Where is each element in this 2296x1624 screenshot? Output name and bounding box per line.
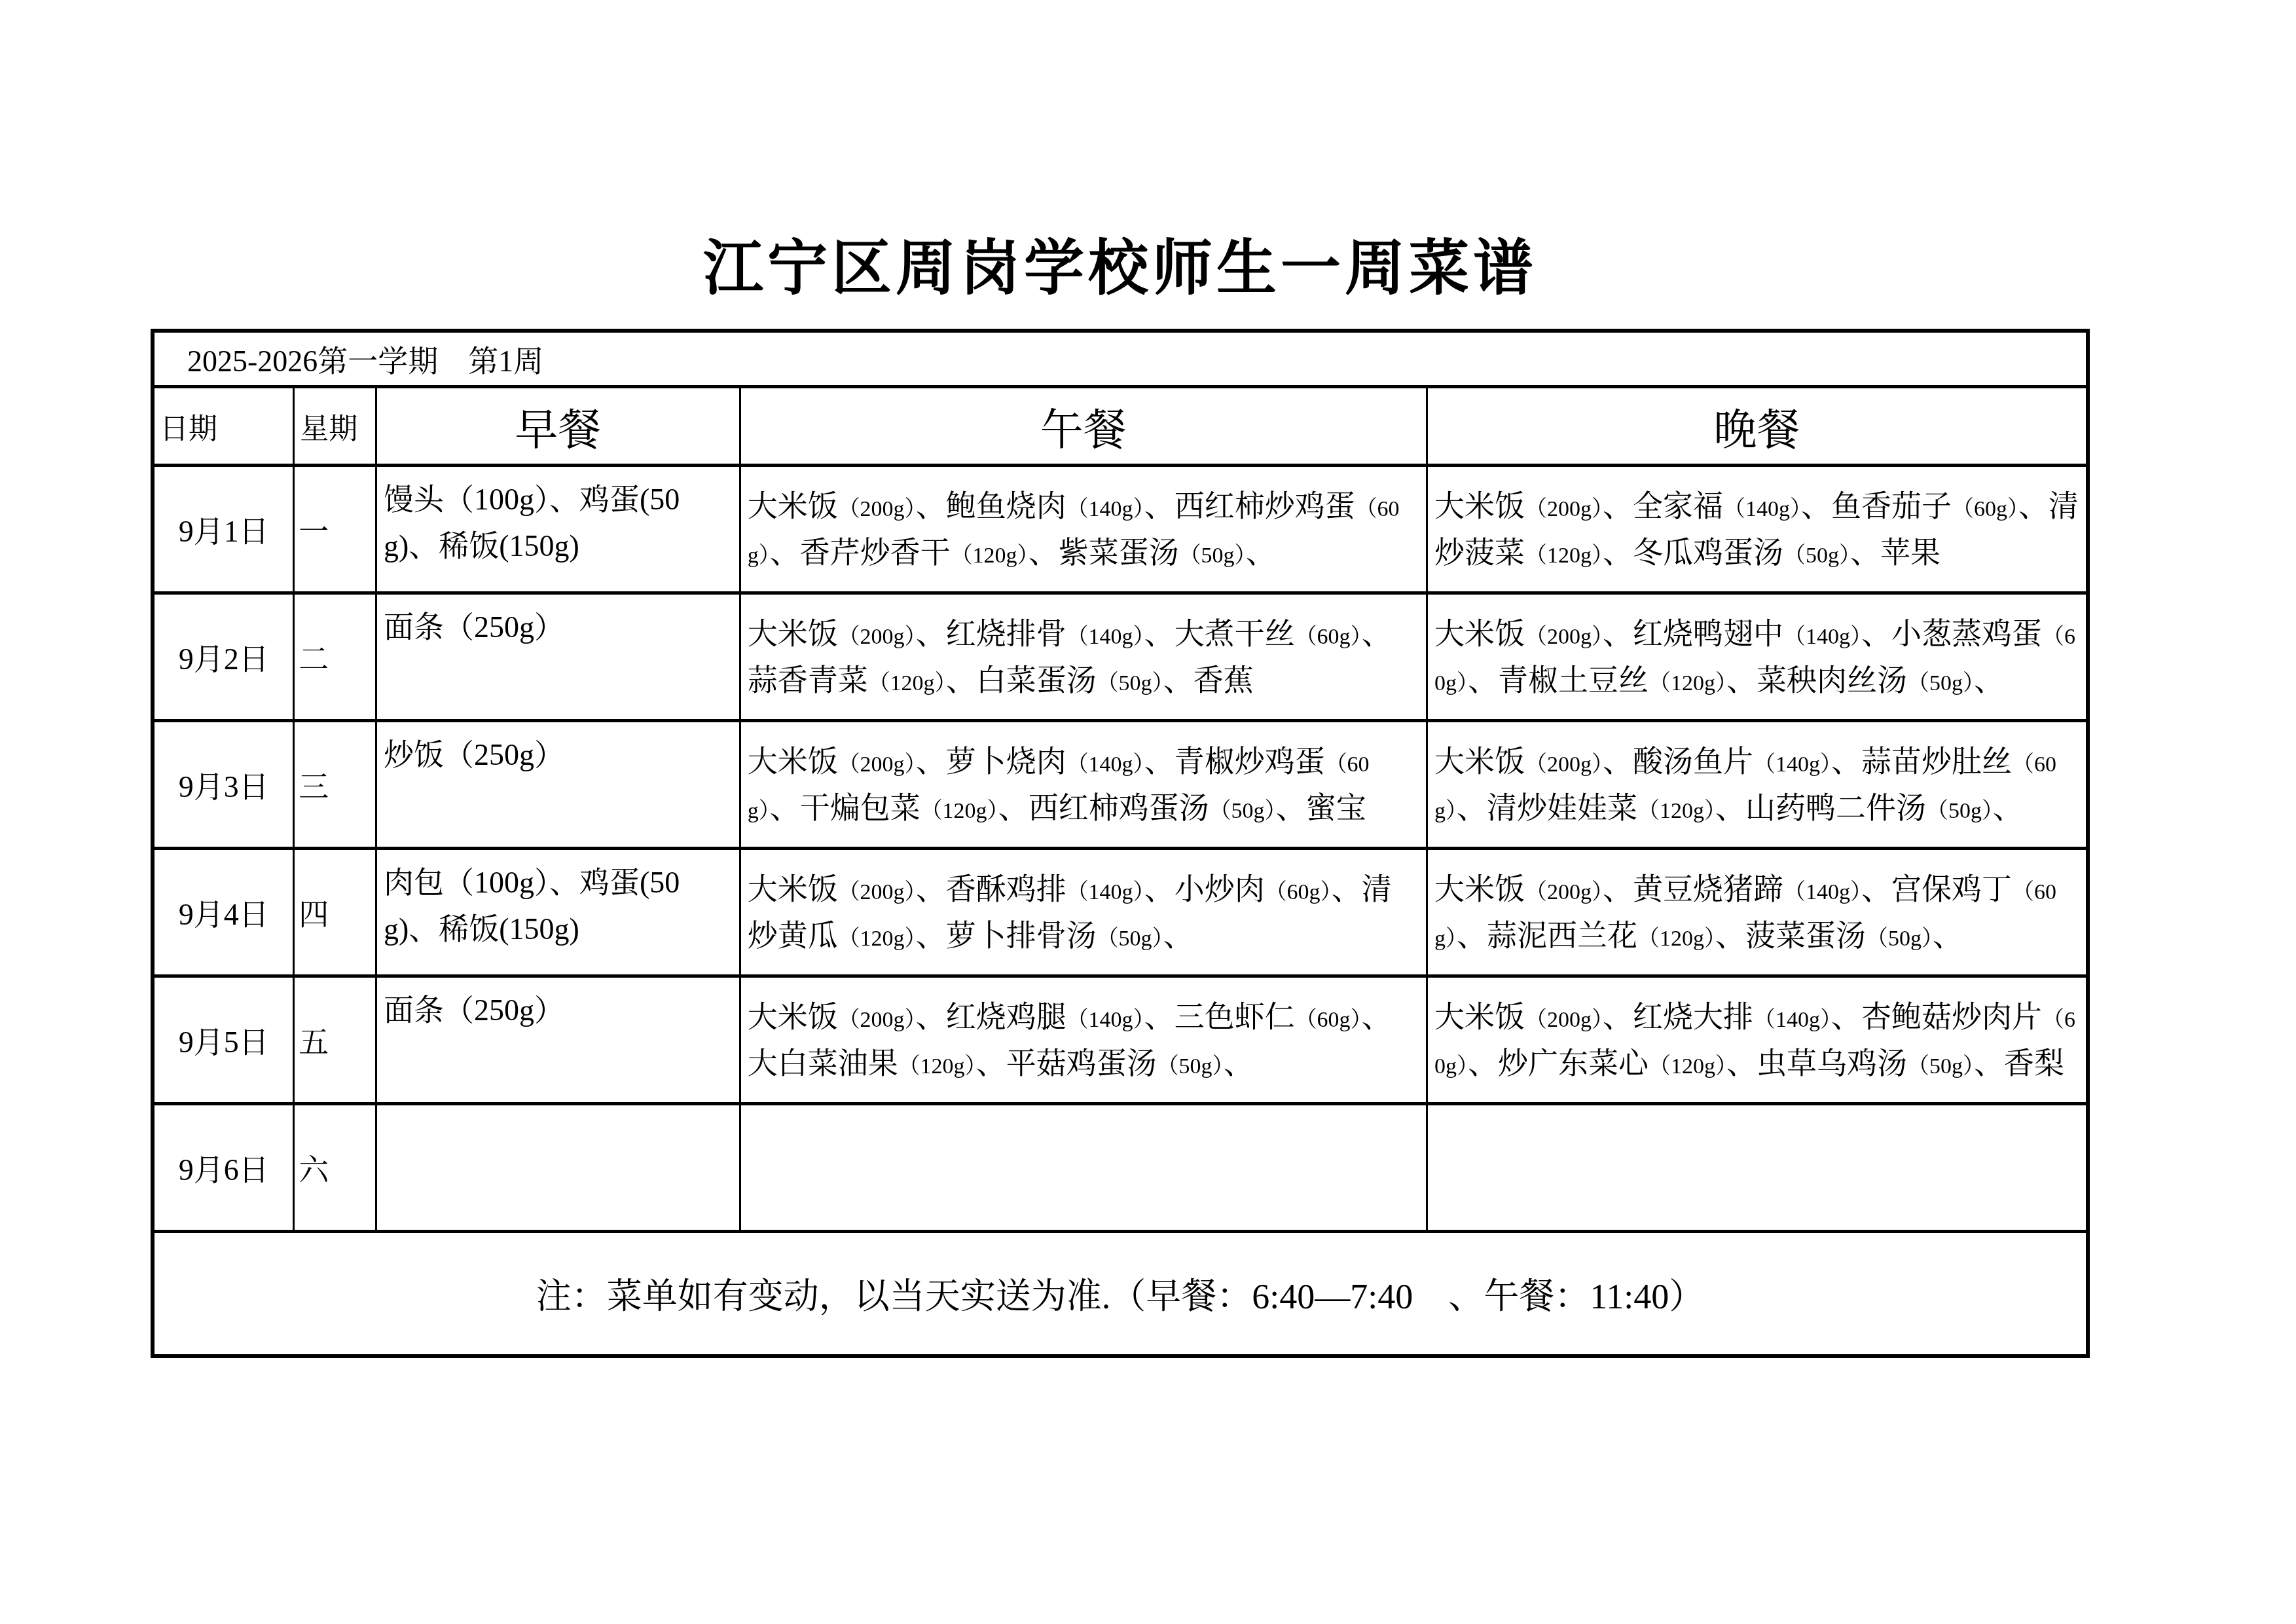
menu-row: 9月4日四肉包（100g）、鸡蛋(50g)、稀饭(150g)大米饭（200g）、… xyxy=(153,849,2088,976)
semester-row: 2025-2026第一学期 第1周 xyxy=(153,331,2088,387)
date-cell: 9月4日 xyxy=(153,849,294,976)
lunch-cell: 大米饭（200g）、萝卜烧肉（140g）、青椒炒鸡蛋（60g）、干煸包菜（120… xyxy=(740,721,1427,849)
lunch-cell: 大米饭（200g）、红烧排骨（140g）、大煮干丝（60g）、蒜香青菜（120g… xyxy=(740,593,1427,721)
dinner-cell: 大米饭（200g）、红烧大排（140g）、杏鲍菇炒肉片（60g）、炒广东菜心（1… xyxy=(1427,976,2088,1104)
col-header-weekday: 星期 xyxy=(294,387,376,466)
menu-table: 2025-2026第一学期 第1周 日期 星期 早餐 午餐 晚餐 9月1日一馒头… xyxy=(151,329,2090,1358)
dinner-cell: 大米饭（200g）、红烧鸭翅中（140g）、小葱蒸鸡蛋（60g）、青椒土豆丝（1… xyxy=(1427,593,2088,721)
col-header-lunch: 午餐 xyxy=(740,387,1427,466)
dinner-cell: 大米饭（200g）、黄豆烧猪蹄（140g）、宫保鸡丁（60g）、蒜泥西兰花（12… xyxy=(1427,849,2088,976)
weekday-cell: 五 xyxy=(294,976,376,1104)
col-header-date: 日期 xyxy=(153,387,294,466)
breakfast-cell xyxy=(376,1104,740,1232)
date-cell: 9月1日 xyxy=(153,466,294,593)
date-cell: 9月3日 xyxy=(153,721,294,849)
column-header-row: 日期 星期 早餐 午餐 晚餐 xyxy=(153,387,2088,466)
lunch-cell: 大米饭（200g）、香酥鸡排（140g）、小炒肉（60g）、清炒黄瓜（120g）… xyxy=(740,849,1427,976)
note-text: 注：菜单如有变动，以当天实送为准.（早餐：6:40—7:40 、午餐：11:40… xyxy=(153,1232,2088,1357)
page-title: 江宁区周岗学校师生一周菜谱 xyxy=(151,220,2090,306)
breakfast-cell: 馒头（100g）、鸡蛋(50g)、稀饭(150g) xyxy=(376,466,740,593)
lunch-cell xyxy=(740,1104,1427,1232)
semester-label: 2025-2026第一学期 第1周 xyxy=(153,331,2088,387)
lunch-cell: 大米饭（200g）、鲍鱼烧肉（140g）、西红柿炒鸡蛋（60g）、香芹炒香干（1… xyxy=(740,466,1427,593)
weekday-cell: 二 xyxy=(294,593,376,721)
dinner-cell: 大米饭（200g）、全家福（140g）、鱼香茄子（60g）、清炒菠菜（120g）… xyxy=(1427,466,2088,593)
page: 江宁区周岗学校师生一周菜谱 2025-2026第一学期 第1周 日期 星期 早餐… xyxy=(0,0,2296,1624)
menu-row: 9月5日五面条（250g）大米饭（200g）、红烧鸡腿（140g）、三色虾仁（6… xyxy=(153,976,2088,1104)
breakfast-cell: 炒饭（250g） xyxy=(376,721,740,849)
note-row: 注：菜单如有变动，以当天实送为准.（早餐：6:40—7:40 、午餐：11:40… xyxy=(153,1232,2088,1357)
breakfast-cell: 面条（250g） xyxy=(376,976,740,1104)
weekday-cell: 六 xyxy=(294,1104,376,1232)
date-cell: 9月6日 xyxy=(153,1104,294,1232)
col-header-dinner: 晚餐 xyxy=(1427,387,2088,466)
weekday-cell: 一 xyxy=(294,466,376,593)
breakfast-cell: 面条（250g） xyxy=(376,593,740,721)
menu-rows: 9月1日一馒头（100g）、鸡蛋(50g)、稀饭(150g)大米饭（200g）、… xyxy=(153,466,2088,1232)
menu-row: 9月3日三炒饭（250g）大米饭（200g）、萝卜烧肉（140g）、青椒炒鸡蛋（… xyxy=(153,721,2088,849)
date-cell: 9月5日 xyxy=(153,976,294,1104)
dinner-cell: 大米饭（200g）、酸汤鱼片（140g）、蒜苗炒肚丝（60g）、清炒娃娃菜（12… xyxy=(1427,721,2088,849)
menu-row: 9月2日二面条（250g）大米饭（200g）、红烧排骨（140g）、大煮干丝（6… xyxy=(153,593,2088,721)
lunch-cell: 大米饭（200g）、红烧鸡腿（140g）、三色虾仁（60g）、大白菜油果（120… xyxy=(740,976,1427,1104)
weekday-cell: 四 xyxy=(294,849,376,976)
menu-row: 9月1日一馒头（100g）、鸡蛋(50g)、稀饭(150g)大米饭（200g）、… xyxy=(153,466,2088,593)
date-cell: 9月2日 xyxy=(153,593,294,721)
menu-row: 9月6日六 xyxy=(153,1104,2088,1232)
breakfast-cell: 肉包（100g）、鸡蛋(50g)、稀饭(150g) xyxy=(376,849,740,976)
weekday-cell: 三 xyxy=(294,721,376,849)
dinner-cell xyxy=(1427,1104,2088,1232)
col-header-breakfast: 早餐 xyxy=(376,387,740,466)
